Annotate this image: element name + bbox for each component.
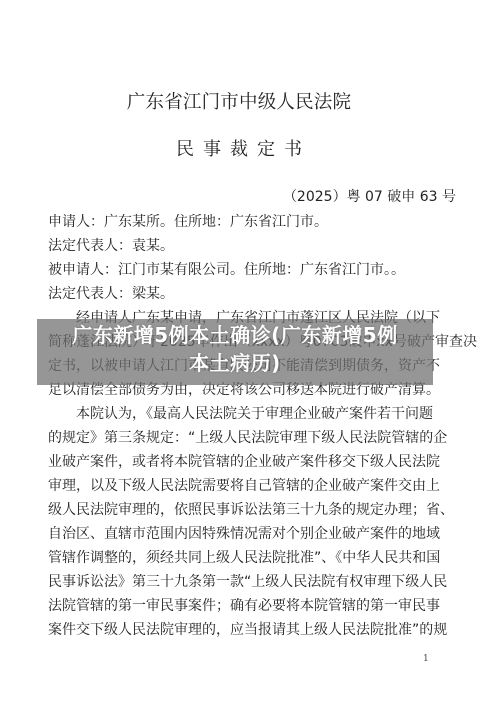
headline-title: 广东新增5例本土确诊(广东新增5例 本土病历)	[37, 321, 433, 377]
body-line: 业破产案件，或者将本院管辖的企业破产案件移交下级人民法院	[48, 453, 430, 471]
body-line: 的规定》第三条规定：“上级人民法院审理下级人民法院管辖的企	[48, 429, 430, 447]
respondent-representative-line: 法定代表人：梁某。	[48, 285, 430, 303]
page-number: 1	[423, 654, 429, 664]
applicant-line: 申请人：广东某所。住所地：广东省江门市。	[48, 213, 430, 231]
applicant-representative-line: 法定代表人：袁某。	[48, 237, 430, 255]
respondent-line: 被申请人：江门市某有限公司。住所地：广东省江门市。。	[48, 261, 430, 279]
body-line: 案件交下级人民法院审理的，应当报请其上级人民法院批准”的规	[48, 621, 430, 639]
court-name: 广东省江门市中级人民法院	[0, 88, 478, 114]
body-line: 民事诉讼法》第三十九条第一款“上级人民法院有权审理下级人民	[48, 573, 430, 591]
body-line: 级人民法院审理的，依照民事诉讼法第三十九条的规定办理；省、	[48, 501, 430, 519]
document-type: 民事裁定书	[0, 135, 478, 161]
body-line: 本院认为，《最高人民法院关于审理企业破产案件若干问题	[76, 405, 430, 423]
body-line: 法院管辖的第一审民事案件；确有必要将本院管辖的第一审民事	[48, 597, 430, 615]
body-line: 管辖作调整的，须经共同上级人民法院批准”、《中华人民共和国	[48, 549, 430, 567]
case-number: （2025）粤 07 破申 63 号	[283, 186, 456, 206]
headline-title-line2: 本土病历)	[37, 349, 433, 377]
body-line: 审理，以及下级人民法院需要将自己管辖的企业破产案件交由上	[48, 477, 430, 495]
headline-title-line1: 广东新增5例本土确诊(广东新增5例	[37, 321, 433, 349]
body-line: 自治区、直辖市范围内因特殊情况需对个别企业破产案件的地域	[48, 525, 430, 543]
